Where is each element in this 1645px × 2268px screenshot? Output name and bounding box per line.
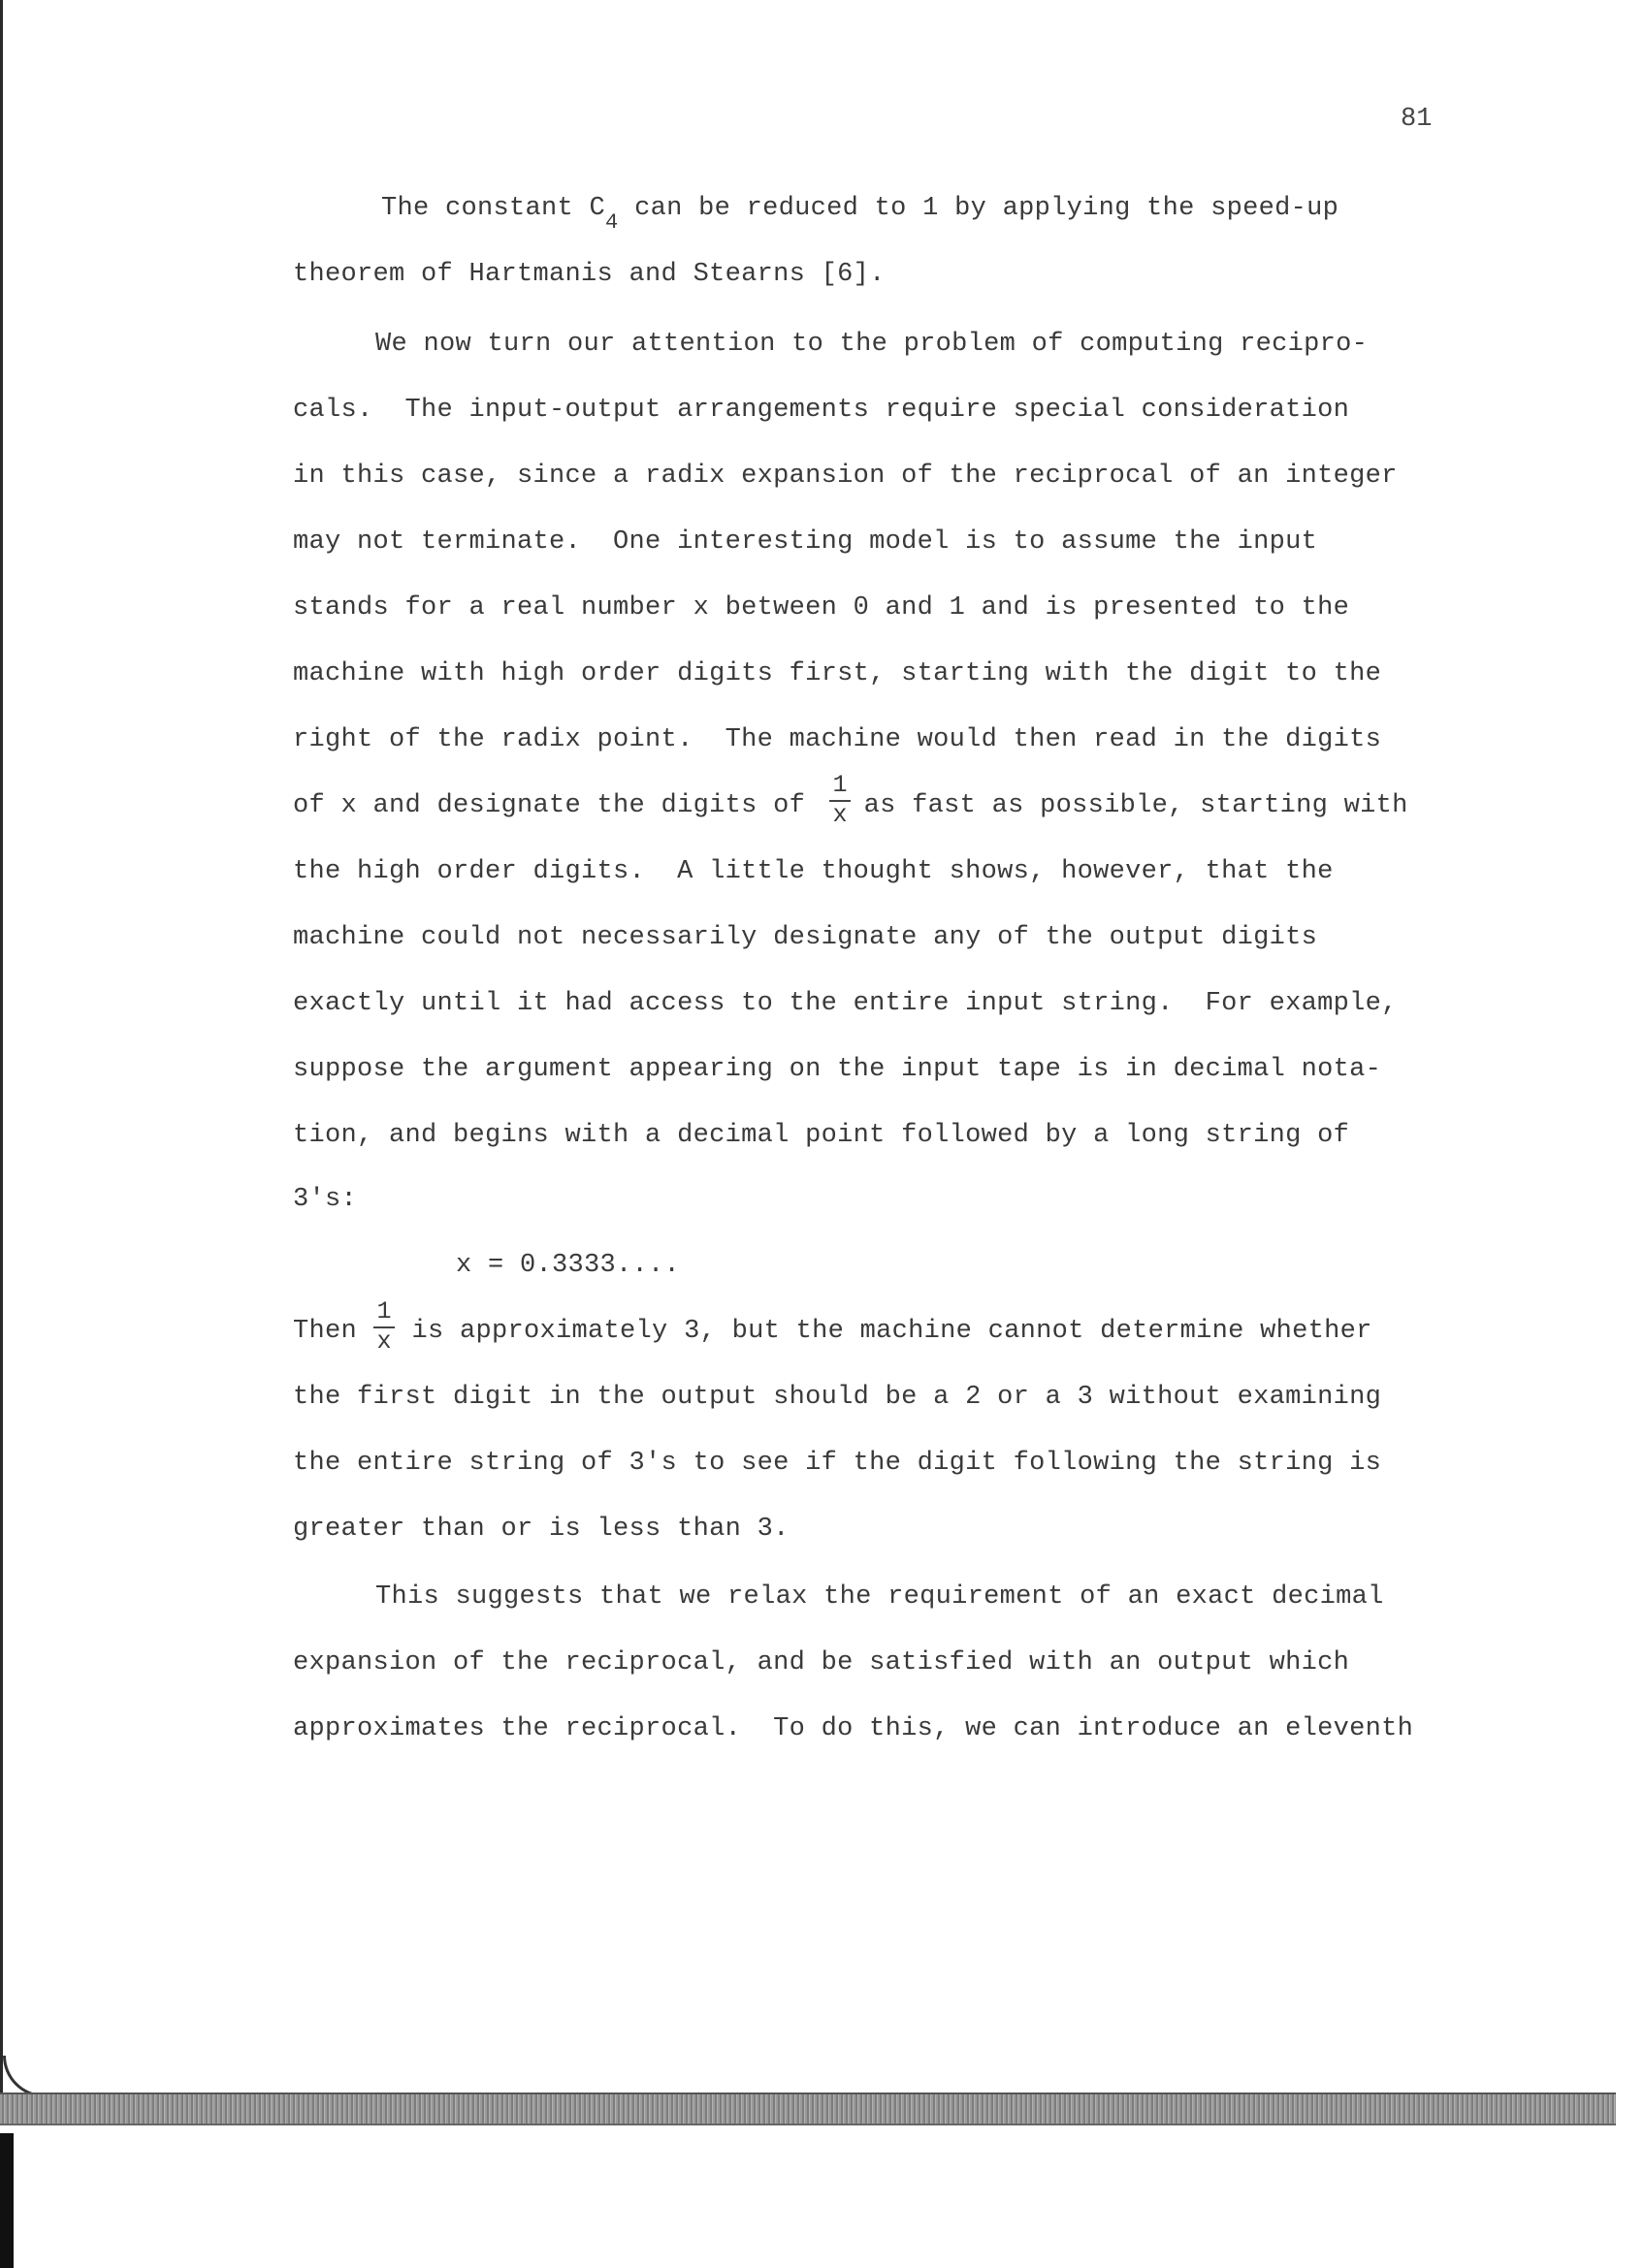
- scan-bottom-edge: [0, 2092, 1616, 2125]
- text-line: in this case, since a radix expansion of…: [293, 462, 1398, 491]
- text-line: the first digit in the output should be …: [293, 1383, 1381, 1412]
- text-line: cals. The input-output arrangements requ…: [293, 396, 1349, 425]
- text-line: stands for a real number x between 0 and…: [293, 593, 1349, 623]
- scan-corner-shadow: [0, 2133, 14, 2268]
- text-line: tion, and begins with a decimal point fo…: [293, 1121, 1349, 1150]
- equation: x = 0.3333....: [456, 1251, 680, 1280]
- text-line: exactly until it had access to the entir…: [293, 989, 1398, 1018]
- scan-page-curl: [3, 2056, 64, 2097]
- text-line: approximates the reciprocal. To do this,…: [293, 1714, 1413, 1743]
- text-line: right of the radix point. The machine wo…: [293, 725, 1381, 754]
- text-line: may not terminate. One interesting model…: [293, 527, 1317, 557]
- text-line: The constant C4 can be reduced to 1 by a…: [381, 194, 1339, 223]
- text-line: suppose the argument appearing on the in…: [293, 1055, 1381, 1084]
- text-line: Then is approximately 3, but the machine…: [293, 1317, 1372, 1346]
- text-line: This suggests that we relax the requirem…: [375, 1582, 1384, 1612]
- text-line: 3's:: [293, 1185, 357, 1214]
- fraction-one-over-x: 1x: [373, 1297, 395, 1356]
- text-line: machine with high order digits first, st…: [293, 659, 1381, 688]
- text-line: theorem of Hartmanis and Stearns [6].: [293, 260, 886, 289]
- scan-left-edge: [0, 0, 3, 2104]
- text-line: the entire string of 3's to see if the d…: [293, 1449, 1381, 1478]
- text-line: machine could not necessarily designate …: [293, 923, 1317, 952]
- fraction-one-over-x: 1x: [829, 771, 851, 829]
- page-number: 81: [1401, 105, 1432, 134]
- text-line: expansion of the reciprocal, and be sati…: [293, 1648, 1349, 1677]
- text-line: We now turn our attention to the problem…: [375, 330, 1368, 359]
- text-line: greater than or is less than 3.: [293, 1515, 790, 1544]
- text-line: the high order digits. A little thought …: [293, 857, 1334, 886]
